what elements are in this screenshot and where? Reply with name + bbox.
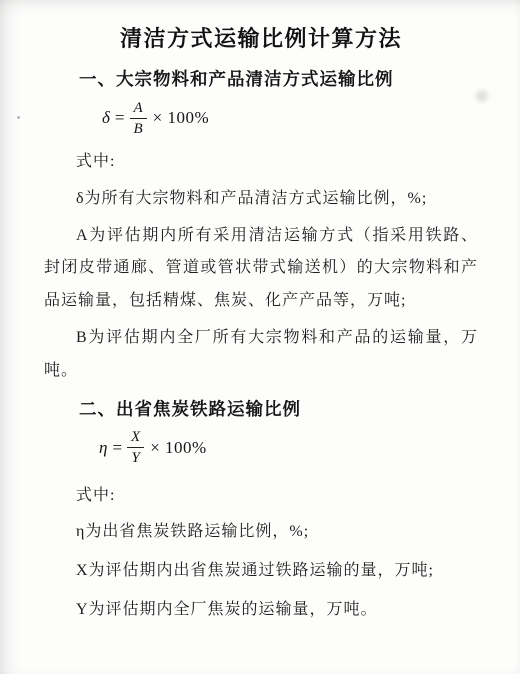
formula-eta-fraction: X Y <box>127 428 144 467</box>
formula-delta-equals: = <box>115 108 125 128</box>
section-1-where-label: 式中: <box>44 146 478 179</box>
formula-delta-denominator: B <box>134 119 143 138</box>
section-2-definition-eta: η为出省焦炭铁路运输比例，%; <box>44 516 478 549</box>
formula-delta-numerator: A <box>130 99 147 119</box>
formula-eta-denominator: Y <box>131 448 139 467</box>
formula-delta-lhs: δ <box>102 108 110 128</box>
formula-eta: η = X Y × 100% <box>99 426 478 470</box>
section-2-where-label: 式中: <box>44 480 478 513</box>
document-title: 清洁方式运输比例计算方法 <box>44 24 478 54</box>
formula-delta: δ = A B × 100% <box>102 96 478 140</box>
scan-speck-dot <box>17 116 20 119</box>
formula-eta-lhs: η <box>99 438 107 458</box>
section-2-definition-x: X为评估期内出省焦炭通过铁路运输的量，万吨; <box>44 555 478 588</box>
document-page: 清洁方式运输比例计算方法 一、大宗物料和产品清洁方式运输比例 δ = A B ×… <box>0 0 520 674</box>
section-2-heading: 二、出省焦炭铁路运输比例 <box>44 396 478 422</box>
section-1-definition-delta: δ为所有大宗物料和产品清洁方式运输比例，%; <box>44 183 478 216</box>
formula-delta-multiplier: × 100% <box>153 108 210 128</box>
formula-delta-fraction: A B <box>130 99 147 138</box>
formula-eta-multiplier: × 100% <box>150 438 207 458</box>
section-1-definition-b: B为评估期内全厂所有大宗物料和产品的运输量，万吨。 <box>44 322 478 388</box>
section-1-heading: 一、大宗物料和产品清洁方式运输比例 <box>44 66 478 92</box>
section-2-definition-y: Y为评估期内全厂焦炭的运输量，万吨。 <box>44 594 478 627</box>
formula-eta-equals: = <box>112 438 122 458</box>
section-1-definition-a: A为评估期内所有采用清洁运输方式（指采用铁路、封闭皮带通廊、管道或管状带式输送机… <box>44 220 478 318</box>
formula-eta-numerator: X <box>127 428 144 448</box>
